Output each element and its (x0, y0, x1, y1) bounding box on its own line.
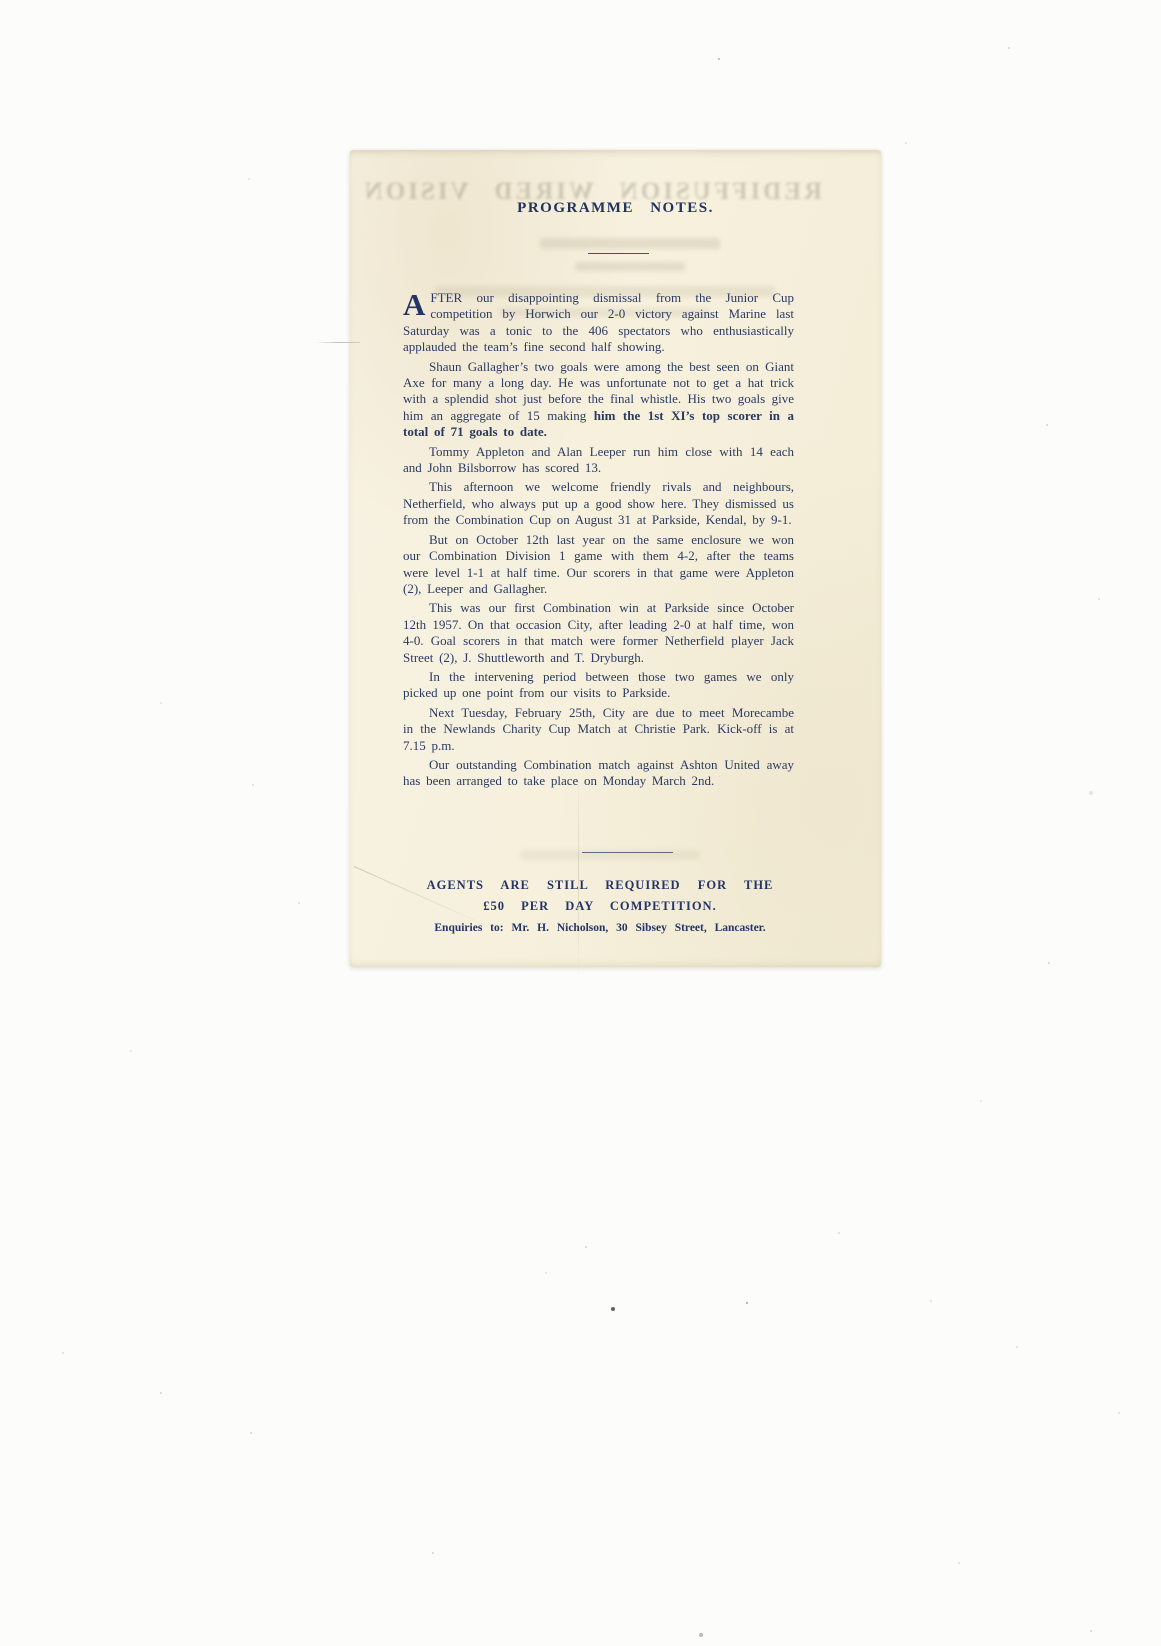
paragraph: Our outstanding Combination match agains… (403, 757, 794, 790)
paragraph-text: But on October 12th last year on the sam… (403, 532, 794, 596)
fold-crease (578, 770, 579, 980)
paragraph-text: This was our first Combination win at Pa… (403, 600, 794, 664)
agents-notice-line1: AGENTS ARE STILL REQUIRED FOR THE (388, 878, 812, 893)
crease-line (316, 342, 360, 343)
paragraph-text: Tommy Appleton and Alan Leeper run him c… (403, 444, 794, 475)
bleedthrough-smudge (575, 262, 685, 271)
paragraph-text: Next Tuesday, February 25th, City are du… (403, 705, 794, 753)
dust-specks (0, 0, 2, 2)
paragraph: This was our first Combination win at Pa… (403, 600, 794, 666)
title-divider-rule (588, 253, 649, 254)
paragraph: But on October 12th last year on the sam… (403, 532, 794, 598)
bleedthrough-smudge (540, 238, 720, 249)
paragraph: Shaun Gallagher’s two goals were among t… (403, 359, 794, 441)
paragraph-text: Our outstanding Combination match agains… (403, 757, 794, 788)
paragraph: Next Tuesday, February 25th, City are du… (403, 705, 794, 754)
programme-notes-body: AFTER our disappointing dismissal from t… (403, 290, 794, 793)
lead-paragraph: AFTER our disappointing dismissal from t… (403, 290, 794, 356)
lead-text: FTER our disappointing dismissal from th… (403, 290, 794, 354)
page-title: PROGRAMME NOTES. (350, 200, 881, 217)
agents-notice-line2: £50 PER DAY COMPETITION. (388, 899, 812, 914)
footer-divider-rule (582, 852, 673, 853)
lead-dropcap: A (403, 290, 430, 317)
paragraph-text: In the intervening period between those … (403, 669, 794, 700)
programme-page: REDIFFUSION WIRED VISION PROGRAMME NOTES… (350, 150, 881, 967)
agents-notice: AGENTS ARE STILL REQUIRED FOR THE £50 PE… (388, 878, 812, 934)
paragraph: Tommy Appleton and Alan Leeper run him c… (403, 444, 794, 477)
paragraph: This afternoon we welcome friendly rival… (403, 479, 794, 528)
enquiries-line: Enquiries to: Mr. H. Nicholson, 30 Sibse… (388, 922, 812, 934)
paragraph: In the intervening period between those … (403, 669, 794, 702)
paragraph-text: This afternoon we welcome friendly rival… (403, 479, 794, 527)
